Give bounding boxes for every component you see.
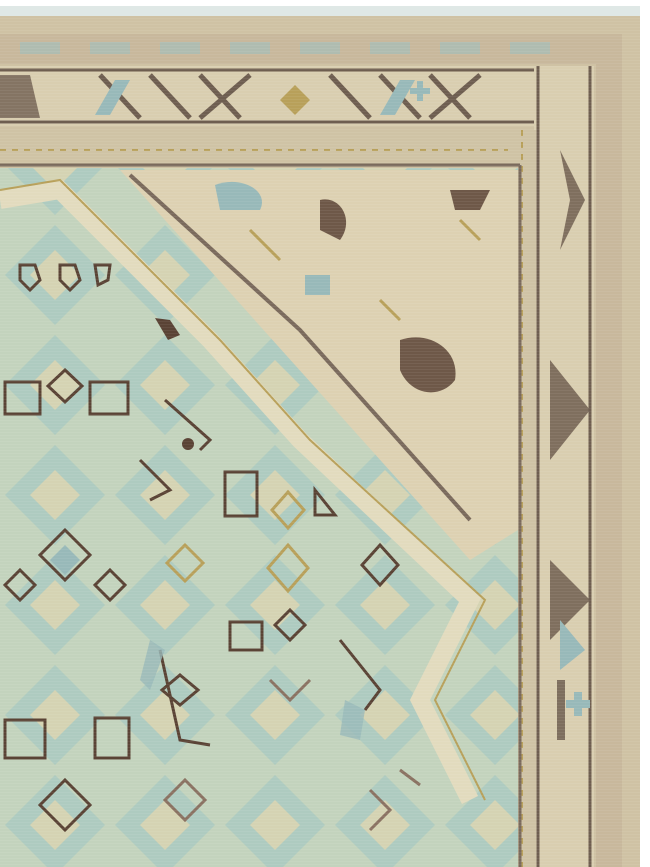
rug-photo xyxy=(0,0,650,867)
rug-corner-illustration xyxy=(0,0,650,867)
